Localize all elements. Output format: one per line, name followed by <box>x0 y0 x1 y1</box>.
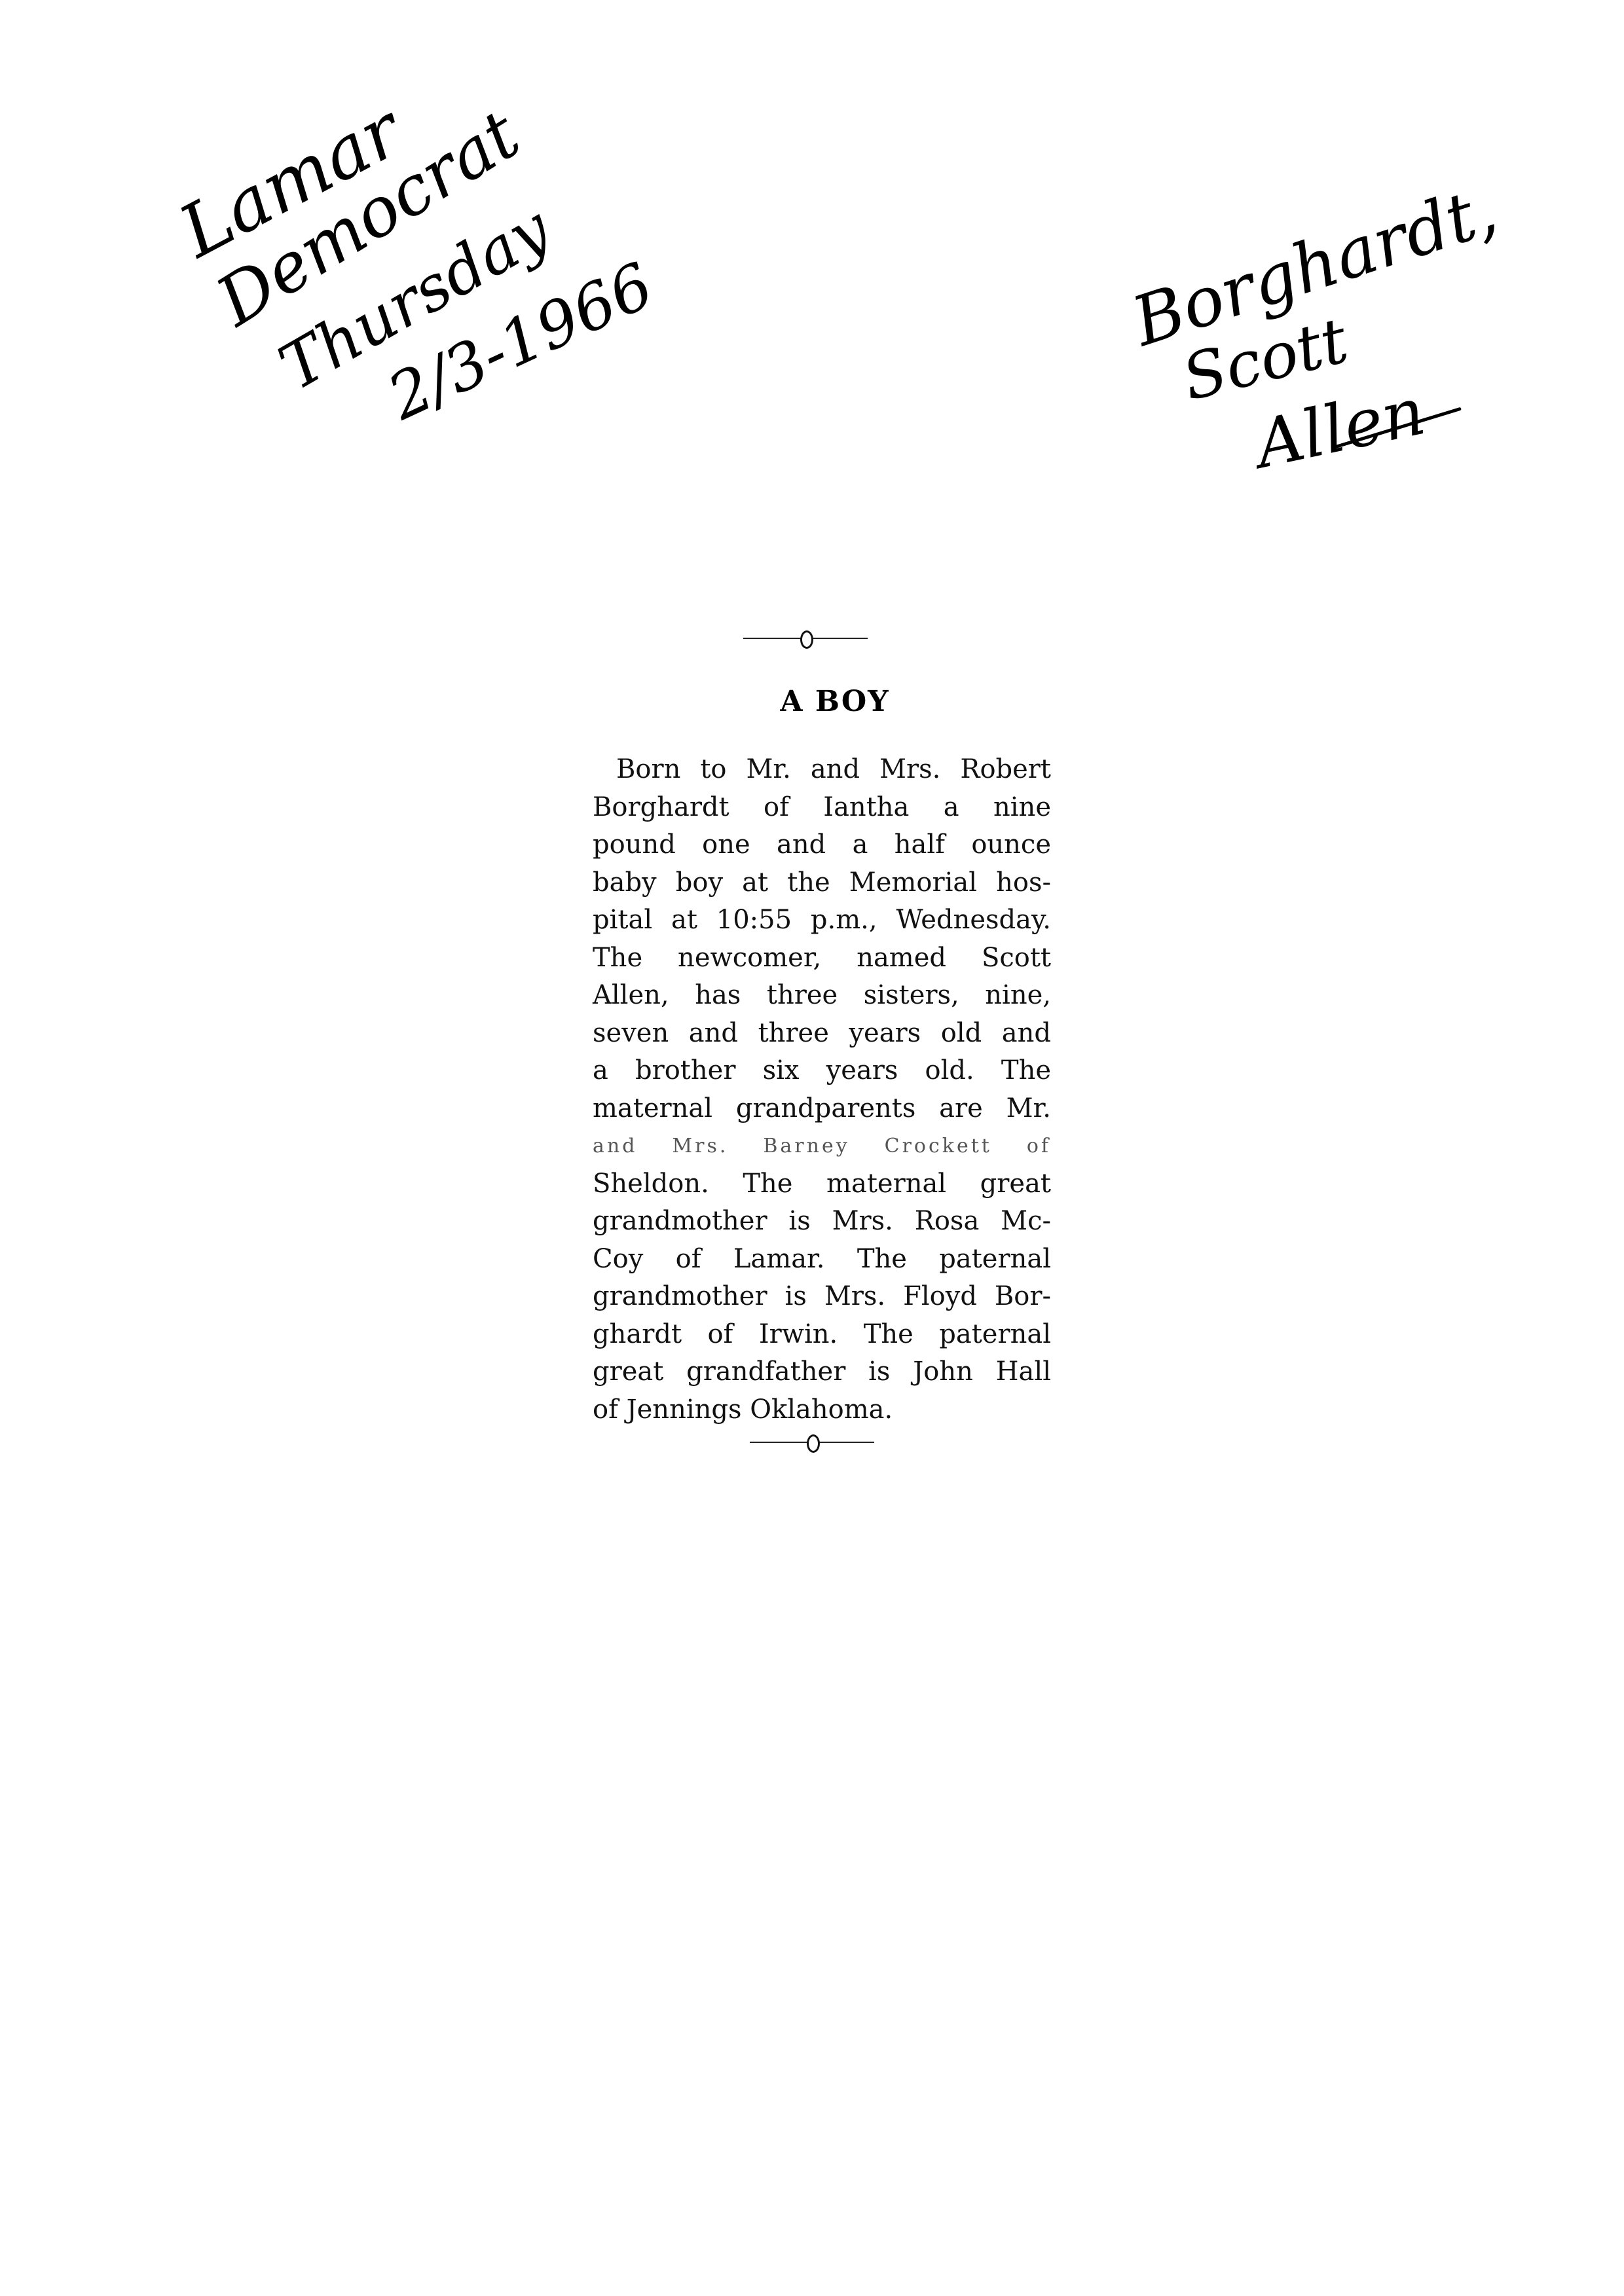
clipping-body: Born to Mr. and Mrs. Robert Borghardt of… <box>593 751 1051 1429</box>
body-line: pound one and a half ounce <box>593 826 1051 864</box>
ornamental-divider-bottom-icon <box>750 1432 874 1452</box>
body-line: Borghardt of Iantha a nine <box>593 789 1051 827</box>
handwritten-subject-name: Borghardt, Scott Allen <box>1139 229 1532 504</box>
body-line-faded: and Mrs. Barney Crockett of <box>593 1127 1051 1165</box>
body-line: pital at 10:55 p.m., Wednesday. <box>593 902 1051 939</box>
ornamental-divider-top-icon <box>743 629 868 648</box>
newspaper-clipping: A BOY Born to Mr. and Mrs. Robert Borgha… <box>593 629 1051 1452</box>
body-line: ghardt of Irwin. The paternal <box>593 1316 1051 1354</box>
handwritten-source-note: Lamar Democrat Thursday 2/3-1966 <box>190 170 661 445</box>
body-line: a brother six years old. The <box>593 1052 1051 1090</box>
body-line: seven and three years old and <box>593 1015 1051 1053</box>
divider-ring <box>800 630 813 649</box>
body-line: Allen, has three sisters, nine, <box>593 977 1051 1015</box>
body-line: Born to Mr. and Mrs. Robert <box>593 751 1051 789</box>
clipping-headline: A BOY <box>593 685 1051 718</box>
body-line: The newcomer, named Scott <box>593 939 1051 977</box>
body-line: of Jennings Oklahoma. <box>593 1391 1051 1429</box>
divider-ring <box>807 1434 820 1453</box>
body-line: great grandfather is John Hall <box>593 1353 1051 1391</box>
body-line: Coy of Lamar. The paternal <box>593 1241 1051 1279</box>
body-line: grandmother is Mrs. Rosa Mc- <box>593 1203 1051 1241</box>
body-line: Sheldon. The maternal great <box>593 1165 1051 1203</box>
body-line: maternal grandparents are Mr. <box>593 1090 1051 1128</box>
body-line: grandmother is Mrs. Floyd Bor- <box>593 1278 1051 1316</box>
body-line: baby boy at the Memorial hos- <box>593 864 1051 902</box>
